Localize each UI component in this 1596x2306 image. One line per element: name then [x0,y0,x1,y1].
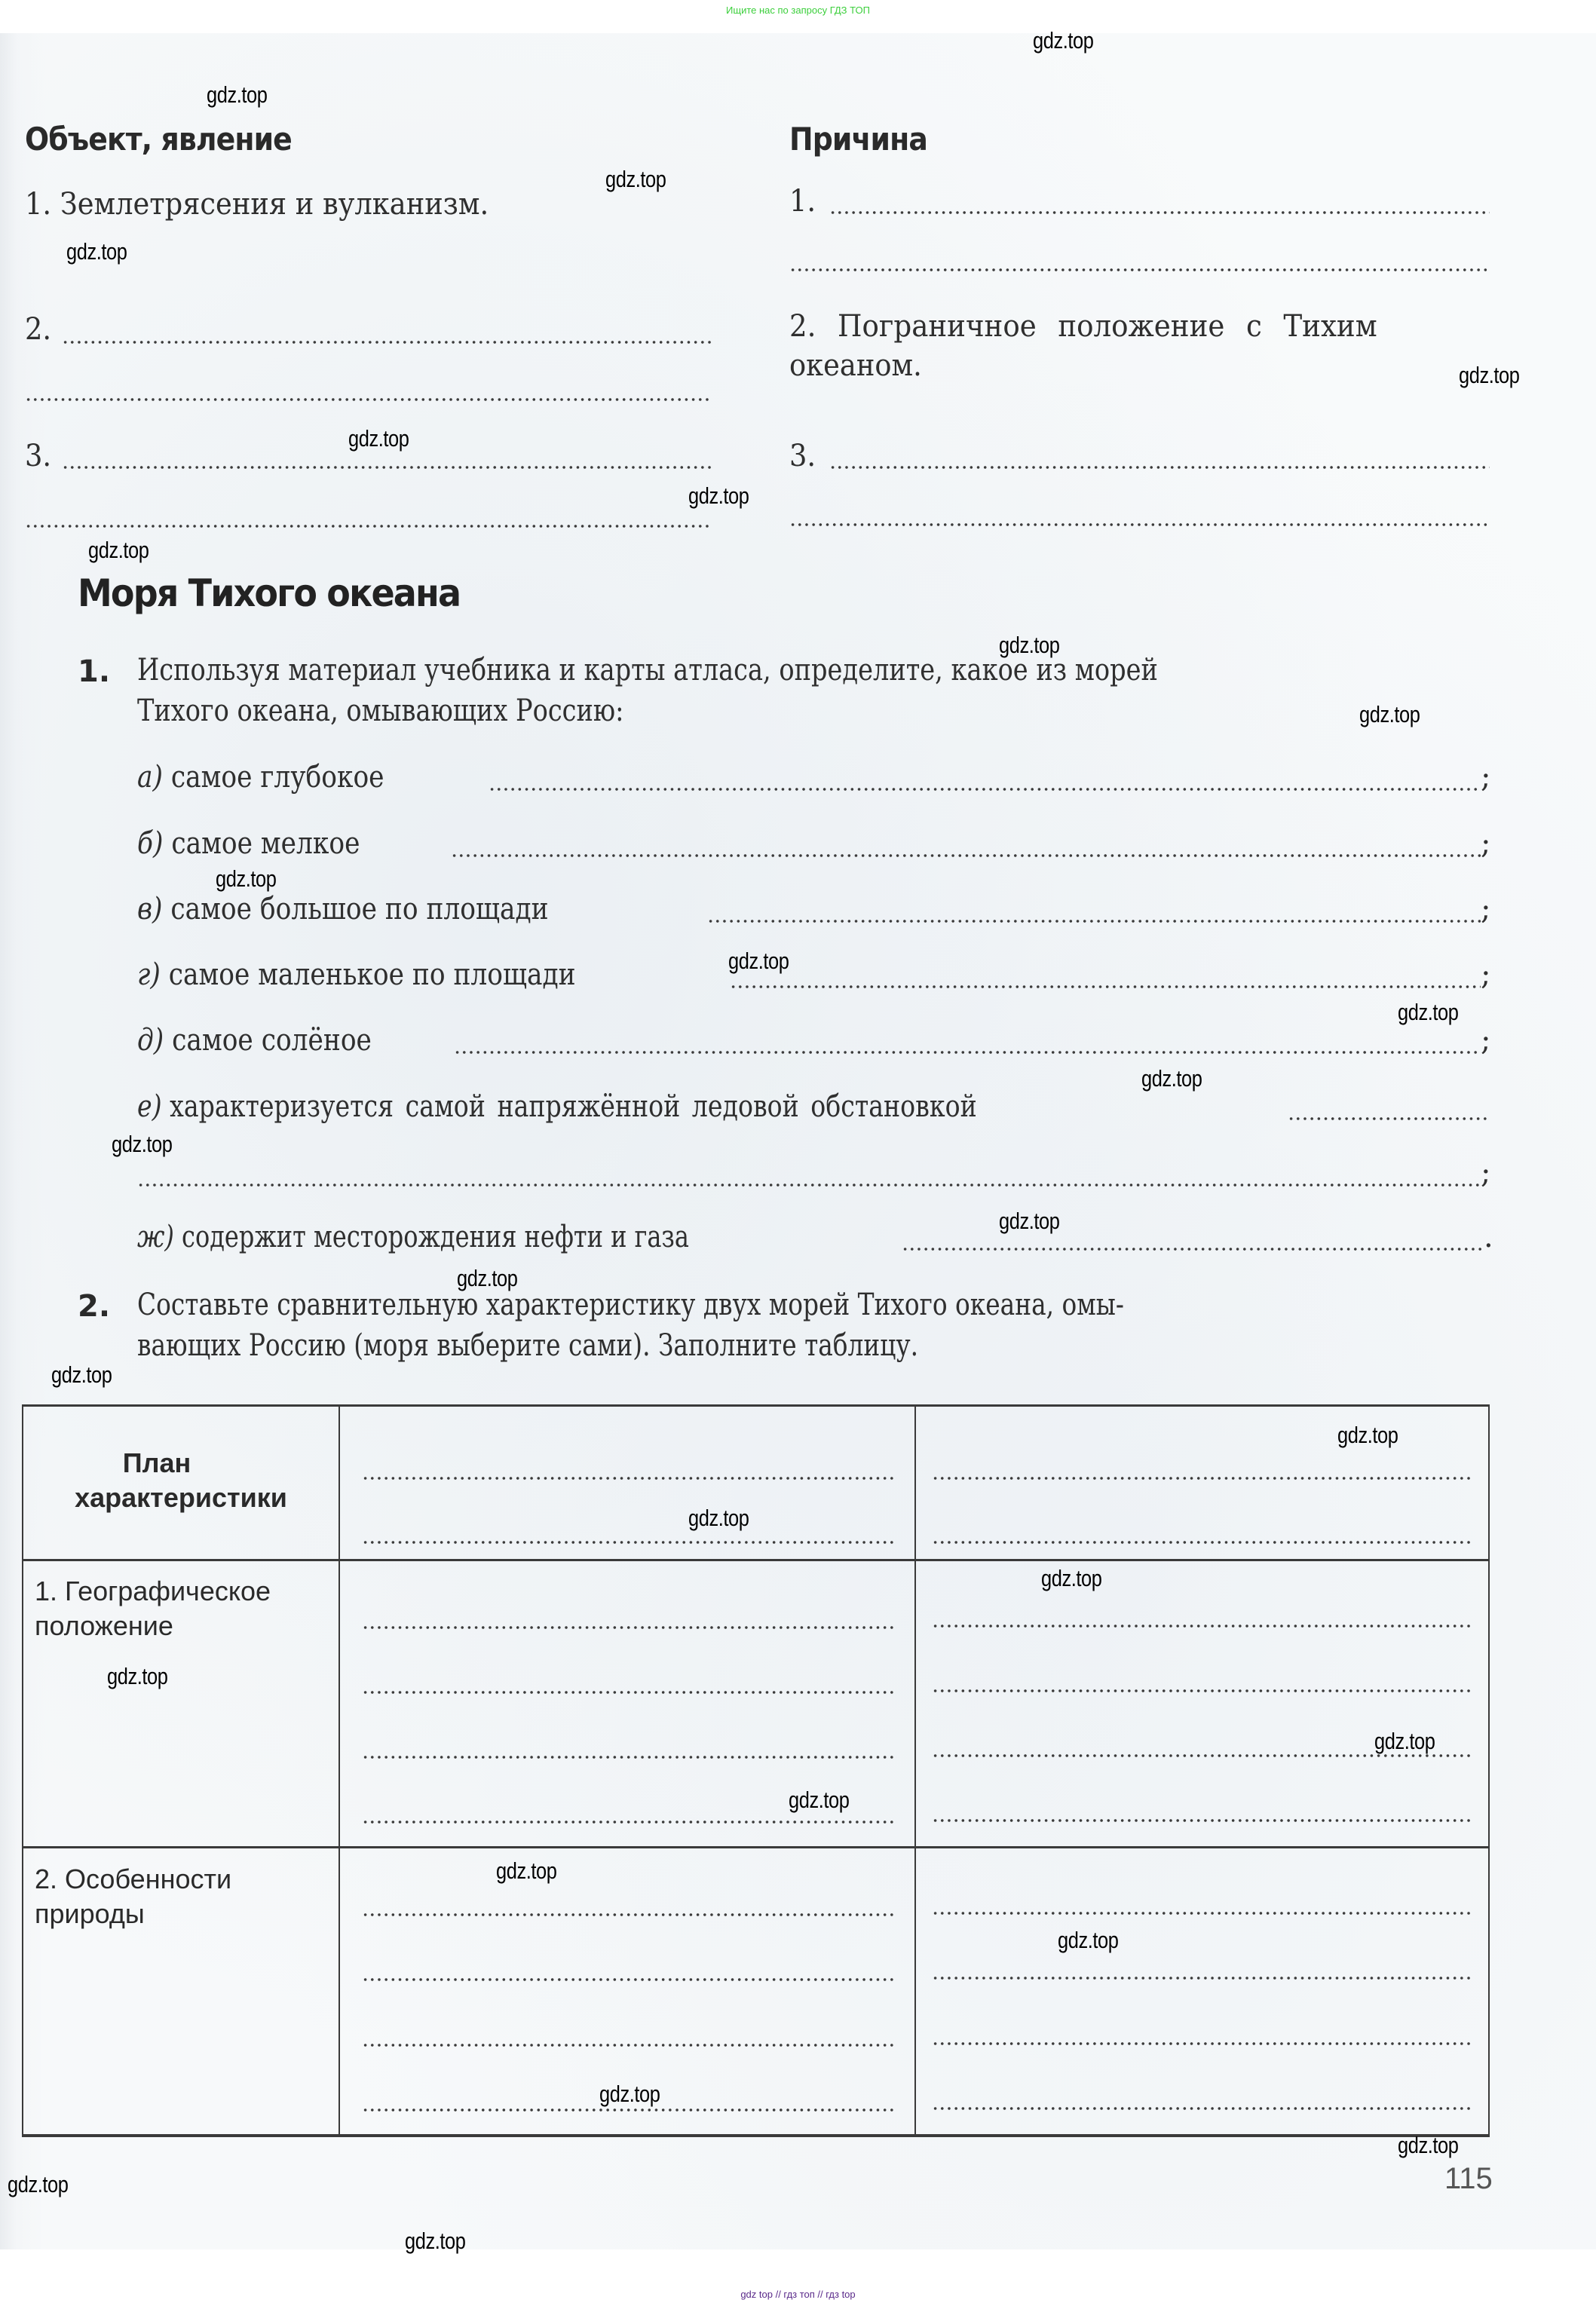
watermark: gdz.top [107,1663,168,1690]
watermark: gdz.top [1398,999,1459,1026]
task-1-item-c-answer-line[interactable] [707,920,1481,923]
task-1-item-b-answer-line[interactable] [451,854,1481,857]
task-1-item-e: д) самое солёное [137,1023,372,1058]
geo-sea-2-line-2[interactable] [932,1689,1472,1692]
watermark: gdz.top [8,2171,69,2198]
cause-row-1-answer-line-2[interactable] [789,268,1490,271]
row-label-line-1: 1. Географическое [35,1574,271,1609]
task-1-item-d-answer-line[interactable] [730,985,1481,988]
row-label-line-1: 2. Особенности [35,1862,231,1897]
nature-sea-1-line-3[interactable] [362,2044,897,2047]
table-header-plan: План характеристики [23,1446,338,1515]
watermark: gdz.top [1374,1728,1435,1755]
cause-header: Причина [789,121,927,158]
task-2-number: 2. [78,1289,110,1324]
item-end-punct: ; [1481,826,1490,861]
section-title: Моря Тихого океана [78,571,460,615]
item-letter: в) [137,892,162,926]
task-1-text-line-2: Тихого океана, омывающих Россию: [137,694,623,728]
watermark: gdz.top [1141,1065,1202,1092]
sea-2-name-line-2[interactable] [932,1541,1472,1544]
cause-row-1-label: 1. [789,184,816,219]
watermark: gdz.top [605,166,666,193]
task-1-item-d: г) самое маленькое по площади [137,957,576,992]
item-end-punct: ; [1481,1023,1490,1058]
geo-sea-1-line-3[interactable] [362,1756,897,1759]
watermark: gdz.top [789,1787,850,1814]
nature-sea-1-line-2[interactable] [362,1978,897,1981]
table-col-divider-2 [914,1404,916,2136]
item-text: самое мелкое [171,826,360,861]
table-row-geo-position: 1. Географическое положение [35,1574,271,1643]
watermark: gdz.top [1033,27,1094,54]
cause-row-3-label: 3. [789,439,816,473]
item-letter: д) [137,1023,164,1058]
object-row-1: 1. Землетрясения и вулканизм. [25,187,489,222]
item-letter: ж) [137,1220,174,1254]
task-2-text-line-1: Составьте сравнительную характеристику д… [137,1288,1124,1322]
nature-sea-2-line-2[interactable] [932,1977,1472,1980]
item-text: самое большое по площади [170,892,548,926]
item-text: характеризуется самой напряжённой ледово… [170,1089,977,1124]
sea-2-name-line[interactable] [932,1477,1472,1480]
object-row-3-answer-line-2[interactable] [25,525,712,528]
watermark: gdz.top [728,948,789,975]
watermark: gdz.top [216,865,277,893]
table-border-right [1488,1404,1490,2136]
object-row-2-answer-line-2[interactable] [25,398,712,401]
watermark: gdz.top [1359,701,1420,728]
task-1-item-b: б) самое мелкое [137,826,360,861]
watermark: gdz.top [1041,1565,1102,1592]
nature-sea-2-line-4[interactable] [932,2107,1472,2110]
footer-links: gdz top // гдз топ // гдз top [0,2289,1596,2300]
table-row-nature-features: 2. Особенности природы [35,1862,231,1931]
object-phenomenon-header: Объект, явление [25,121,292,158]
task-1-item-f-answer-line[interactable] [1288,1117,1487,1120]
cause-row-1-answer-line[interactable] [829,211,1490,214]
geo-sea-1-line-2[interactable] [362,1691,897,1694]
nature-sea-2-line-3[interactable] [932,2042,1472,2045]
item-text: содержит месторождения нефти и газа [182,1220,689,1254]
object-row-3-label: 3. [25,439,51,473]
table-border-top [22,1404,1490,1407]
watermark: gdz.top [688,482,749,510]
task-1-item-g: ж) содержит месторождения нефти и газа [137,1220,689,1254]
task-1-item-c: в) самое большое по площади [137,892,549,926]
geo-sea-1-line-1[interactable] [362,1626,897,1629]
table-border-bottom [22,2134,1490,2137]
watermark: gdz.top [1337,1422,1398,1449]
watermark: gdz.top [1398,2132,1459,2159]
item-end-punct: . [1484,1220,1493,1254]
watermark: gdz.top [496,1857,557,1885]
task-1-item-e-answer-line[interactable] [454,1051,1481,1054]
item-text: самое глубокое [171,760,384,795]
row-label-line-2: природы [35,1897,231,1931]
page-number: 115 [1444,2162,1493,2196]
geo-sea-2-line-1[interactable] [932,1625,1472,1628]
watermark: gdz.top [66,238,127,265]
header-line-2: характеристики [23,1481,338,1515]
header-line-1: План [0,1446,314,1481]
watermark: gdz.top [1459,362,1520,389]
task-2-text-line-2: вающих Россию (моря выберите сами). Запо… [137,1328,918,1363]
item-end-punct: ; [1481,957,1490,992]
watermark: gdz.top [207,81,268,109]
cause-row-2-line-1: 2. Пограничное положение с Тихим [789,309,1377,344]
item-letter: б) [137,826,163,861]
nature-sea-1-line-4[interactable] [362,2108,897,2112]
search-banner: Ищите нас по запросу ГДЗ ТОП [0,5,1596,16]
watermark: gdz.top [88,537,149,564]
task-1-item-f: е) характеризуется самой напряжённой лед… [137,1089,977,1124]
item-letter: г) [137,957,161,992]
item-text: самое маленькое по площади [169,957,576,992]
row-label-line-2: положение [35,1609,271,1643]
table-header-divider [22,1559,1490,1561]
cause-row-2-line-2: океаном. [789,348,922,383]
cause-row-3-answer-line-2[interactable] [789,523,1490,526]
watermark: gdz.top [599,2081,660,2108]
watermark: gdz.top [405,2228,466,2255]
sea-1-name-line[interactable] [362,1477,897,1480]
watermark: gdz.top [51,1361,112,1389]
item-letter: а) [137,760,163,795]
cause-row-2-text: 2. Пограничное положение с Тихим [789,309,1377,344]
watermark: gdz.top [688,1505,749,1532]
watermark: gdz.top [112,1131,173,1158]
table-row-divider [22,1846,1490,1848]
item-letter: е) [137,1089,162,1124]
watermark: gdz.top [999,1208,1060,1235]
task-1-item-g-answer-line[interactable] [902,1248,1484,1251]
watermark: gdz.top [1058,1927,1119,1954]
watermark: gdz.top [457,1265,518,1292]
watermark: gdz.top [999,632,1060,659]
object-row-2-answer-line[interactable] [62,341,712,344]
sea-1-name-line-2[interactable] [362,1541,897,1544]
task-1-item-a-answer-line[interactable] [489,788,1481,791]
object-row-3-answer-line[interactable] [62,466,712,469]
item-end-punct: ; [1481,760,1490,795]
geo-sea-2-line-4[interactable] [932,1819,1472,1822]
table-col-divider-1 [338,1404,340,2136]
cause-row-3-answer-line[interactable] [829,466,1490,469]
nature-sea-2-line-1[interactable] [932,1912,1472,1915]
task-1-number: 1. [78,654,110,689]
item-end-punct: ; [1481,892,1490,926]
task-1-item-a: а) самое глубокое [137,760,384,795]
item-text: самое солёное [172,1023,372,1058]
object-row-2-label: 2. [25,312,51,347]
nature-sea-1-line-1[interactable] [362,1913,897,1916]
geo-sea-1-line-4[interactable] [362,1821,897,1824]
task-1-item-f-answer-line-2[interactable] [137,1184,1481,1187]
watermark: gdz.top [348,425,409,452]
item-end-punct: ; [1481,1156,1490,1190]
